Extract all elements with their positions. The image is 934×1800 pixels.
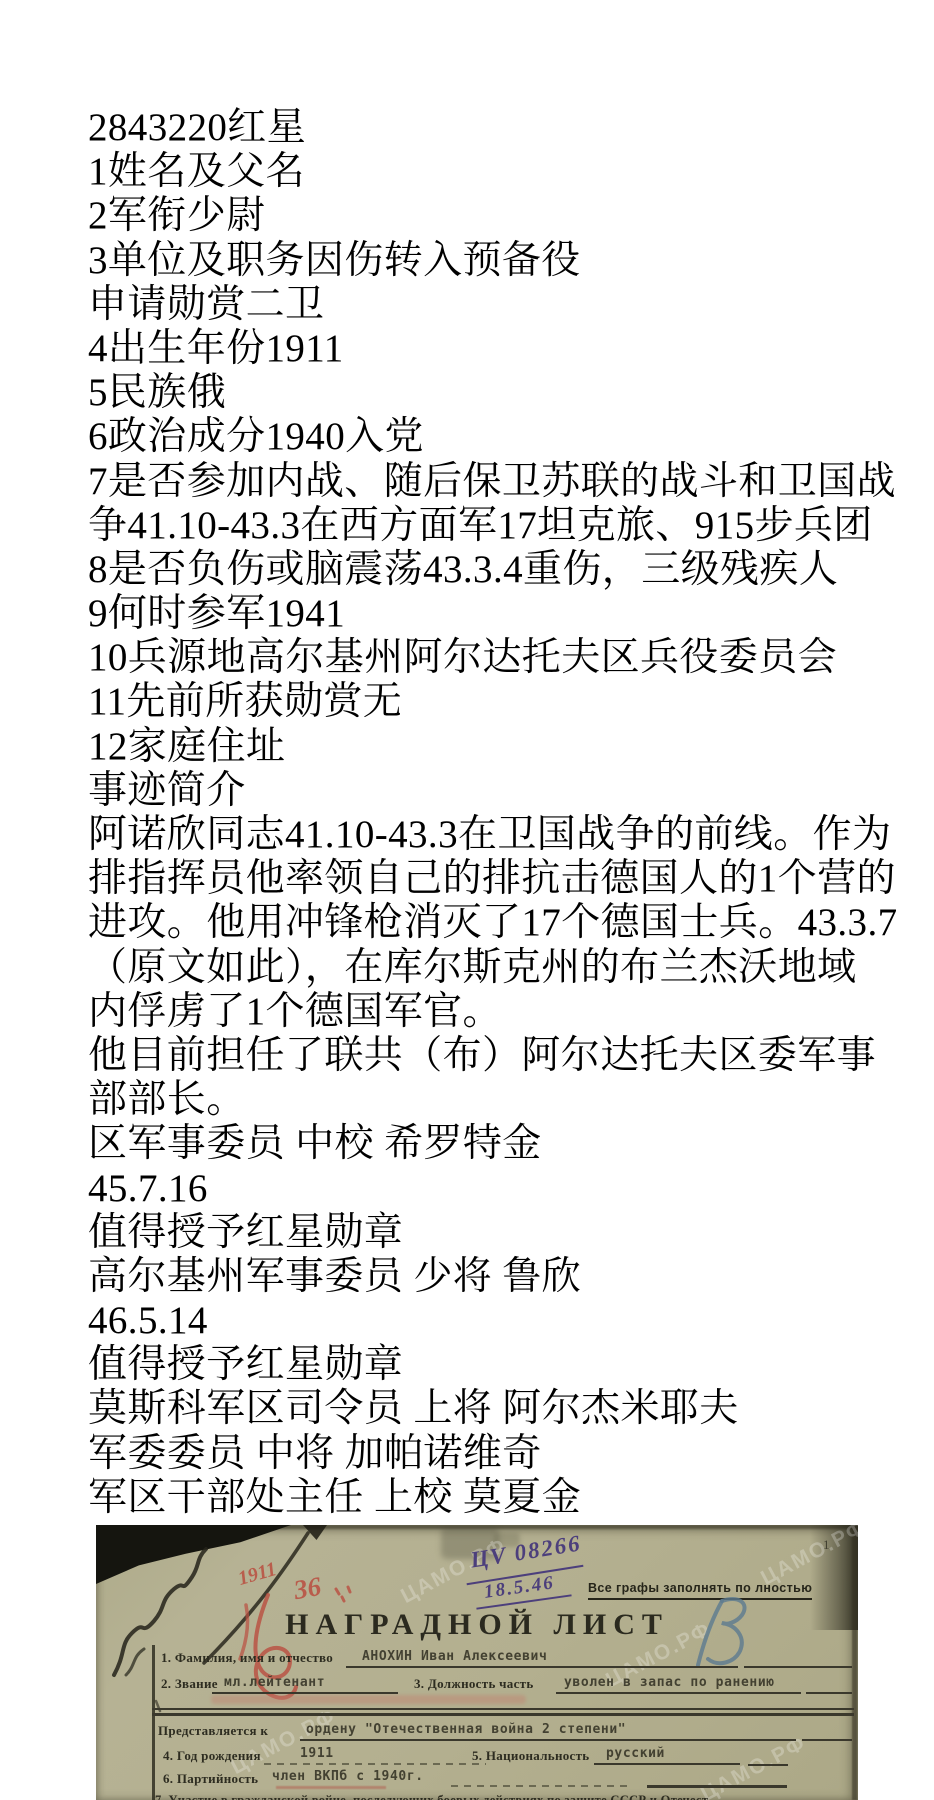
blue-handwritten-mark xyxy=(676,1593,776,1673)
field-label-war-participation: 7. Участие в гражданской войне, последую… xyxy=(155,1793,713,1800)
translation-line: 军委委员 中将 加帕诺维奇 xyxy=(88,1432,934,1476)
field-label-rank: 2. Звание xyxy=(161,1676,218,1692)
translation-line: 12家庭住址 xyxy=(88,725,934,769)
translation-line: 2军衔少尉 xyxy=(88,194,934,238)
translation-line: 8是否负伤或脑震荡43.3.4重伤，三级残疾人 xyxy=(88,548,934,592)
translation-line: 6政治成分1940入党 xyxy=(88,415,934,459)
field-underline xyxy=(806,1692,852,1694)
field-label-position: 3. Должность часть xyxy=(414,1676,534,1692)
translation-line: 事迹简介 xyxy=(88,769,934,813)
translation-line: 军区干部处主任 上校 莫夏金 xyxy=(88,1476,934,1520)
field-value-nationality: русский xyxy=(606,1746,665,1761)
translation-line: 9何时参军1941 xyxy=(88,592,934,636)
translation-line: 莫斯科军区司令员 上将 阿尔杰米耶夫 xyxy=(88,1387,934,1431)
award-sheet-scan: ЦАМО.РФ ЦАМО.РФ ЦАМО.РФ ЦАМО.РФ ЦАМО.РФ … xyxy=(96,1525,858,1800)
page-corner-number: 1 xyxy=(823,1537,830,1553)
field-label-nationality: 5. Национальность xyxy=(472,1748,590,1764)
field-value-birth-year: 1911 xyxy=(300,1746,334,1761)
translation-line: 值得授予红星勋章 xyxy=(88,1343,934,1387)
translation-line: 争41.10-43.3在西方面军17坦克旅、915步兵团 xyxy=(88,504,934,548)
paper-right-edge-line xyxy=(852,1525,857,1800)
translation-line: 申请勋赏二卫 xyxy=(88,283,934,327)
translation-line: 5民族俄 xyxy=(88,371,934,415)
translation-text-block: 2843220红星 1姓名及父名 2军衔少尉 3单位及职务因伤转入预备役 申请勋… xyxy=(88,106,934,1520)
translation-line: 7是否参加内战、随后保卫苏联的战斗和卫国战 xyxy=(88,460,934,504)
field-underline xyxy=(556,1692,801,1694)
field-value-name: АНОХИН Иван Алексеевич xyxy=(362,1649,547,1664)
red-pencil-smudge xyxy=(211,1695,526,1704)
page: { "translation": { "lines": [ "2843220红星… xyxy=(0,0,934,1800)
translation-line: 内俘虏了1个德国军官。 xyxy=(88,990,934,1034)
translation-line: 他目前担任了联共（布）阿尔达托夫区委军事 xyxy=(88,1034,934,1078)
form-left-border xyxy=(152,1645,155,1800)
translation-line: 区军事委员 中校 希罗特金 xyxy=(88,1122,934,1166)
field-label-birth-year: 4. Год рождения xyxy=(163,1748,261,1764)
field-underline xyxy=(802,1739,852,1741)
translation-line: 11先前所获勋赏无 xyxy=(88,680,934,724)
translation-line: 46.5.14 xyxy=(88,1299,934,1343)
translation-line: 3单位及职务因伤转入预备役 xyxy=(88,239,934,283)
field-underline xyxy=(346,1666,738,1668)
translation-line: 部部长。 xyxy=(88,1078,934,1122)
translation-line: 4出生年份1911 xyxy=(88,327,934,371)
section-divider xyxy=(152,1713,854,1716)
translation-line: 2843220红星 xyxy=(88,106,934,150)
field-underline-dashed xyxy=(264,1763,486,1765)
section-divider xyxy=(152,1708,854,1710)
field-value-rank: мл.лейтенант xyxy=(224,1675,325,1690)
translation-line: 45.7.16 xyxy=(88,1167,934,1211)
translation-line: 进攻。他用冲锋枪消灭了17个德国士兵。43.3.7 xyxy=(88,901,934,945)
translation-line: （原文如此），在库尔斯克州的布兰杰沃地域 xyxy=(88,946,934,990)
field-label-presented: Представляется к xyxy=(158,1723,268,1739)
field-underline-red xyxy=(276,1786,386,1789)
field-underline xyxy=(647,1785,787,1788)
field-value-position: уволен в запас по ранению xyxy=(564,1675,775,1690)
field-value-party: член ВКПб с 1940г. xyxy=(272,1769,424,1784)
translation-line: 高尔基州军事委员 少将 鲁欣 xyxy=(88,1255,934,1299)
field-underline xyxy=(300,1739,796,1741)
field-underline xyxy=(594,1763,740,1765)
field-underline xyxy=(744,1666,852,1668)
translation-line: 10兵源地高尔基州阿尔达托夫区兵役委员会 xyxy=(88,636,934,680)
field-underline-dashed xyxy=(451,1785,629,1787)
translation-line: 1姓名及父名 xyxy=(88,150,934,194)
field-value-presented: ордену "Отечественная война 2 степени" xyxy=(306,1722,626,1737)
translation-line: 值得授予红星勋章 xyxy=(88,1211,934,1255)
field-label-party: 6. Партийность xyxy=(163,1771,258,1787)
translation-line: 排指挥员他率领自己的排抗击德国人的1个营的 xyxy=(88,857,934,901)
field-underline xyxy=(212,1692,398,1694)
field-label-name: 1. Фамилия, имя и отчество xyxy=(161,1650,333,1666)
field-underline xyxy=(748,1764,788,1766)
translation-line: 阿诺欣同志41.10-43.3在卫国战争的前线。作为 xyxy=(88,813,934,857)
